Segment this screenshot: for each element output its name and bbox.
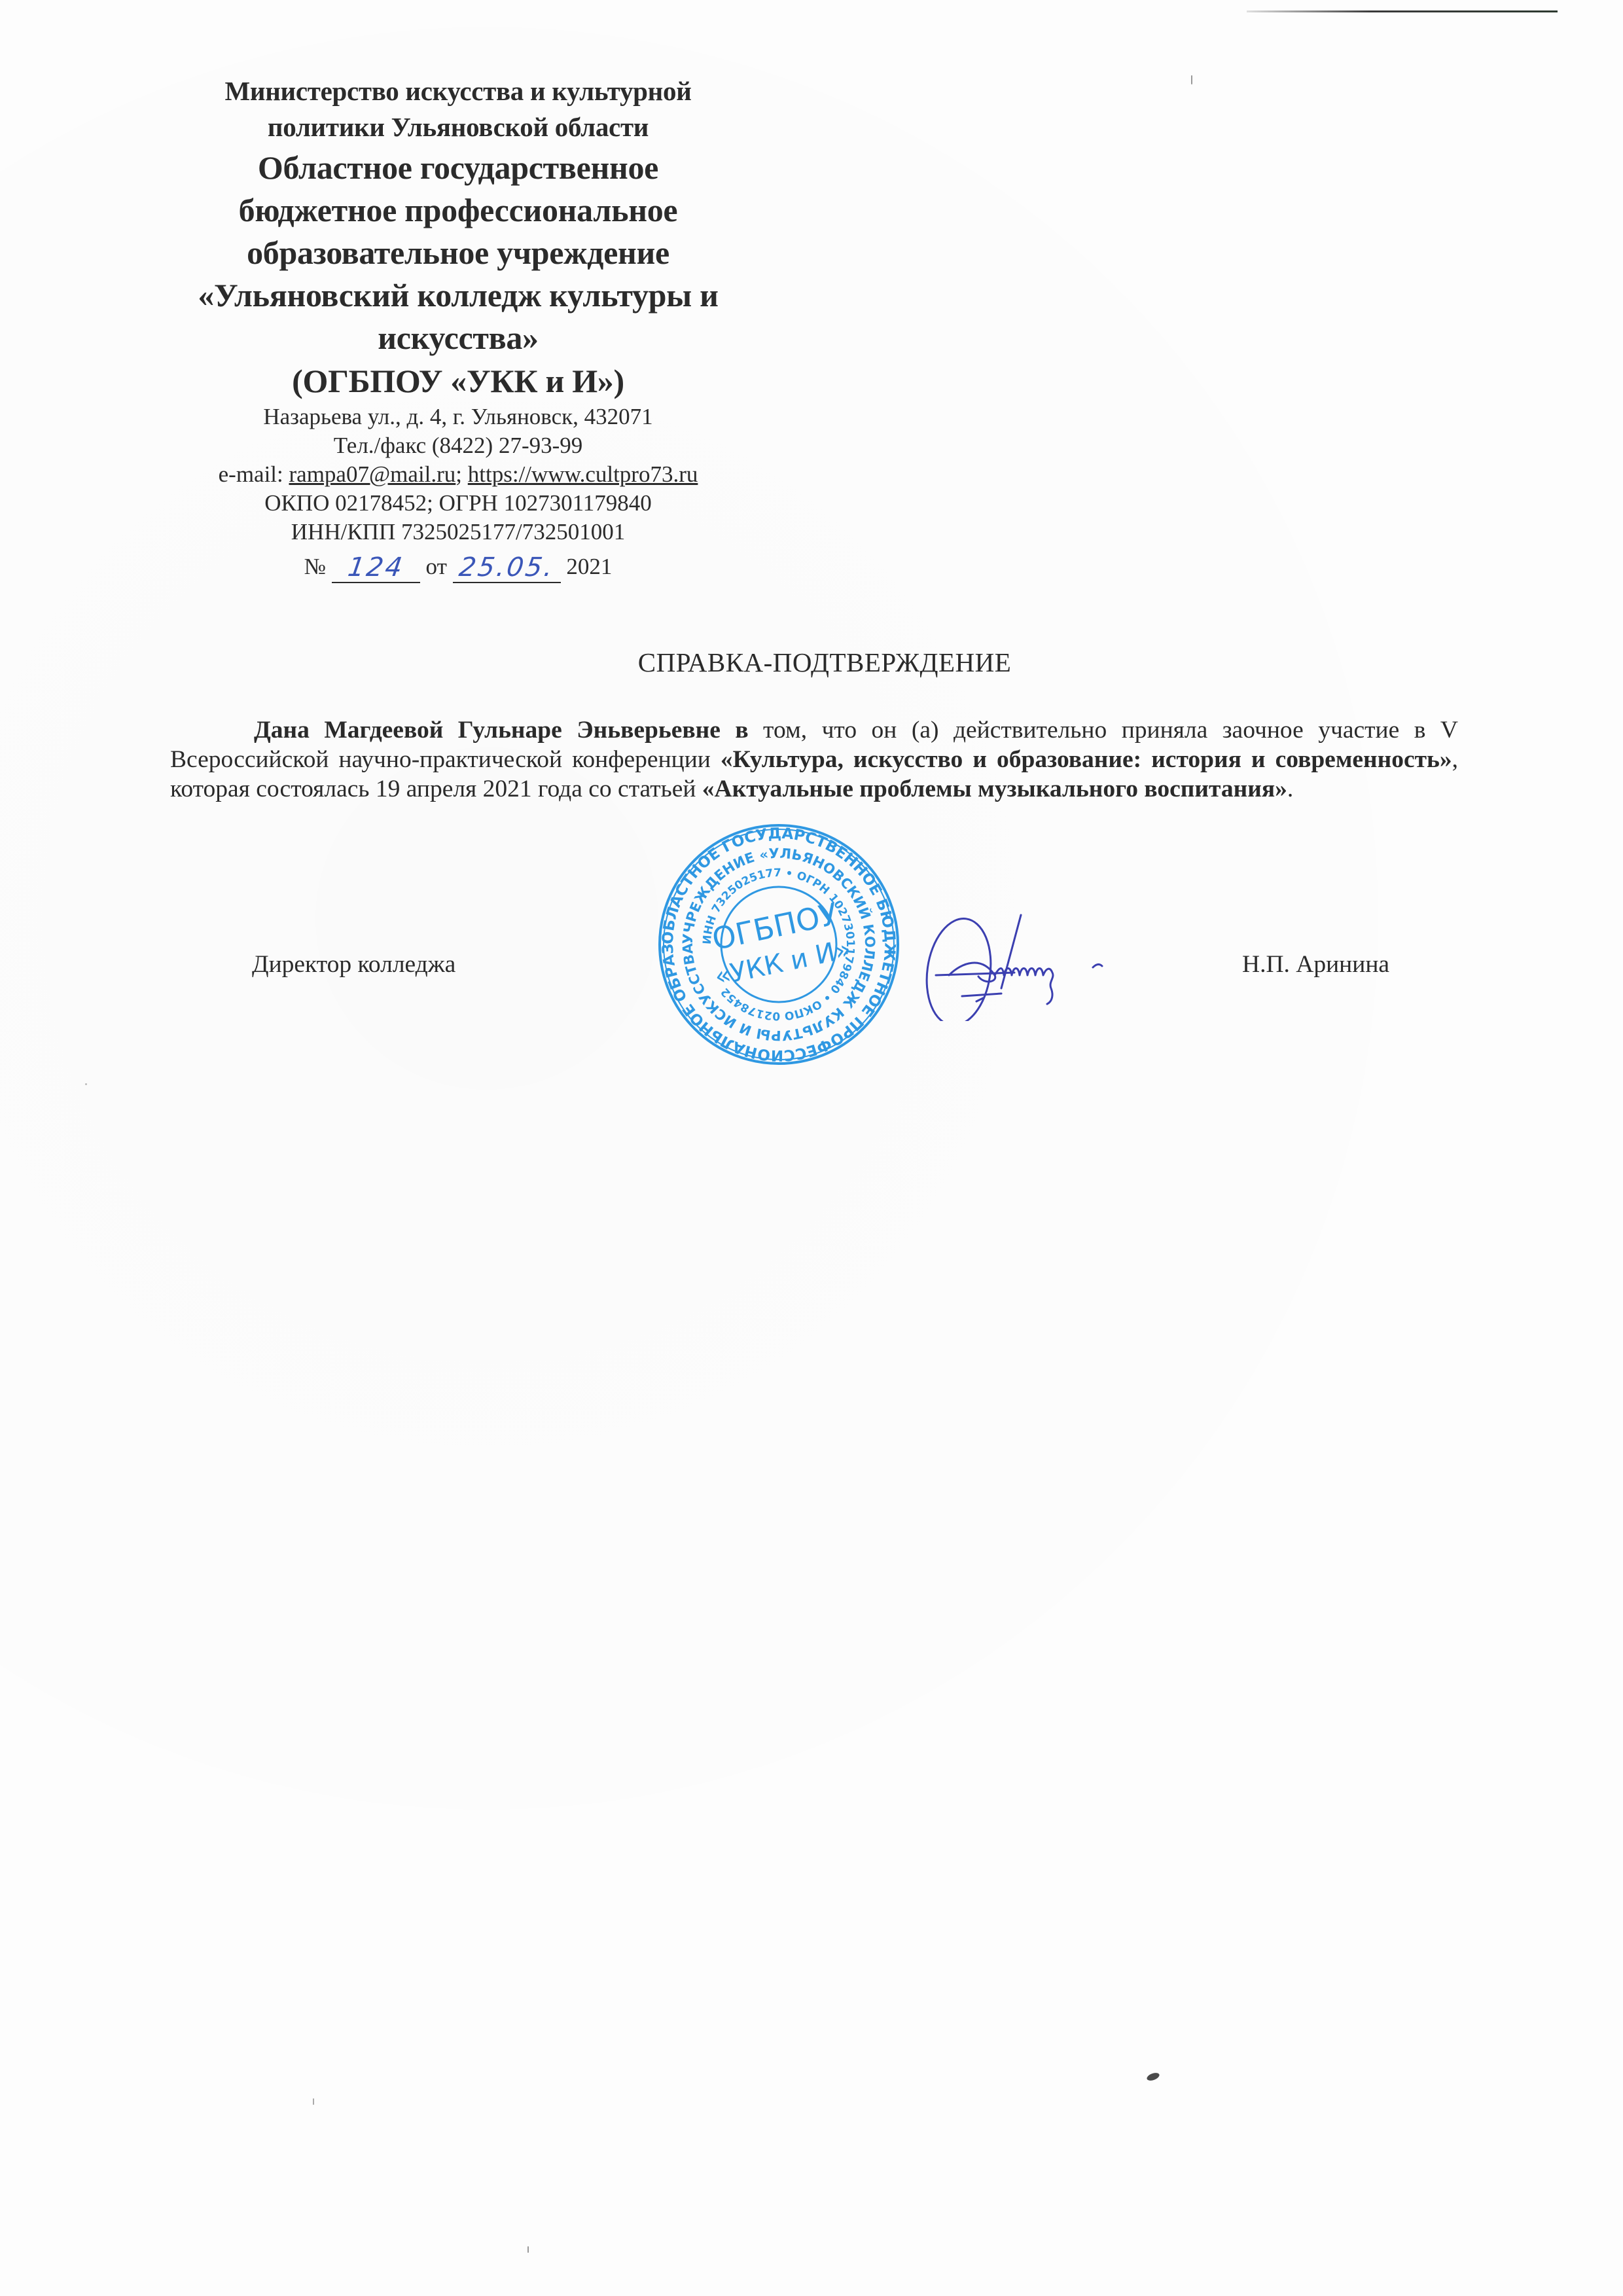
signatory-name: Н.П. Аринина [1242,950,1389,978]
scan-edge-line [1247,10,1558,12]
scan-speck [85,1083,87,1085]
institution-line-2: бюджетное профессиональное [147,189,769,232]
registration-row: № 124 от 25.05. 2021 [147,550,769,583]
document-title-text: СПРАВКА-ПОДТВЕРЖДЕНИЕ [638,647,1012,677]
email-label: e-mail: [219,461,289,487]
scan-speck [313,2098,314,2105]
date-field: 25.05. [453,556,561,583]
contact-links: e-mail: rampa07@mail.ru; https://www.cul… [147,460,769,489]
recipient-name: Дана Магдеевой Гульнаре Эньверьевне в [254,717,749,744]
institution-abbreviation: (ОГБПОУ «УКК и И») [147,359,769,403]
document-title: СПРАВКА-ПОДТВЕРЖДЕНИЕ [0,647,1623,678]
scan-speck [527,2246,529,2253]
institution-name: Областное государственное бюджетное проф… [147,147,769,359]
date-value: 25.05. [451,554,563,581]
institution-line-3: образовательное учреждение [147,232,769,274]
address: Назарьева ул., д. 4, г. Ульяновск, 43207… [147,403,769,431]
document-page: Министерство искусства и культурной поли… [0,0,1623,2296]
phone: Тел./факс (8422) 27-93-99 [147,431,769,460]
body-text-end: . [1287,776,1293,802]
director-signature [923,910,1237,1021]
certificate-body: Дана Магдеевой Гульнаре Эньверьевне в то… [170,715,1458,804]
article-title: «Актуальные проблемы музыкального воспит… [702,776,1287,802]
date-label: от [426,554,447,579]
scan-speck [1146,2072,1160,2082]
number-field: 124 [332,556,420,583]
inn-kpp: ИНН/КПП 7325025177/732501001 [147,518,769,547]
email-link[interactable]: rampa07@mail.ru [289,461,456,487]
institution-line-5: искусства» [147,317,769,359]
institution-line-1: Областное государственное [147,147,769,189]
year: 2021 [566,554,612,579]
institution-line-4: «Ульяновский колледж культуры и [147,274,769,317]
ministry-line-1: Министерство искусства и культурной [147,73,769,109]
scan-speck [1191,75,1192,84]
number-value: 124 [330,554,422,581]
link-separator: ; [455,461,467,487]
okpo-ogrn: ОКПО 02178452; ОГРН 1027301179840 [147,489,769,518]
website-link[interactable]: https://www.cultpro73.ru [468,461,698,487]
letterhead: Министерство искусства и культурной поли… [147,73,769,583]
signatory-position: Директор колледжа [252,950,455,978]
ministry-name: Министерство искусства и культурной поли… [147,73,769,145]
ministry-line-2: политики Ульяновской области [147,109,769,145]
conference-name: «Культура, искусство и образование: исто… [721,746,1452,773]
official-stamp: ОБЛАСТНОЕ ГОСУДАРСТВЕННОЕ БЮДЖЕТНОЕ ПРОФ… [654,820,903,1069]
number-label: № [304,554,326,579]
